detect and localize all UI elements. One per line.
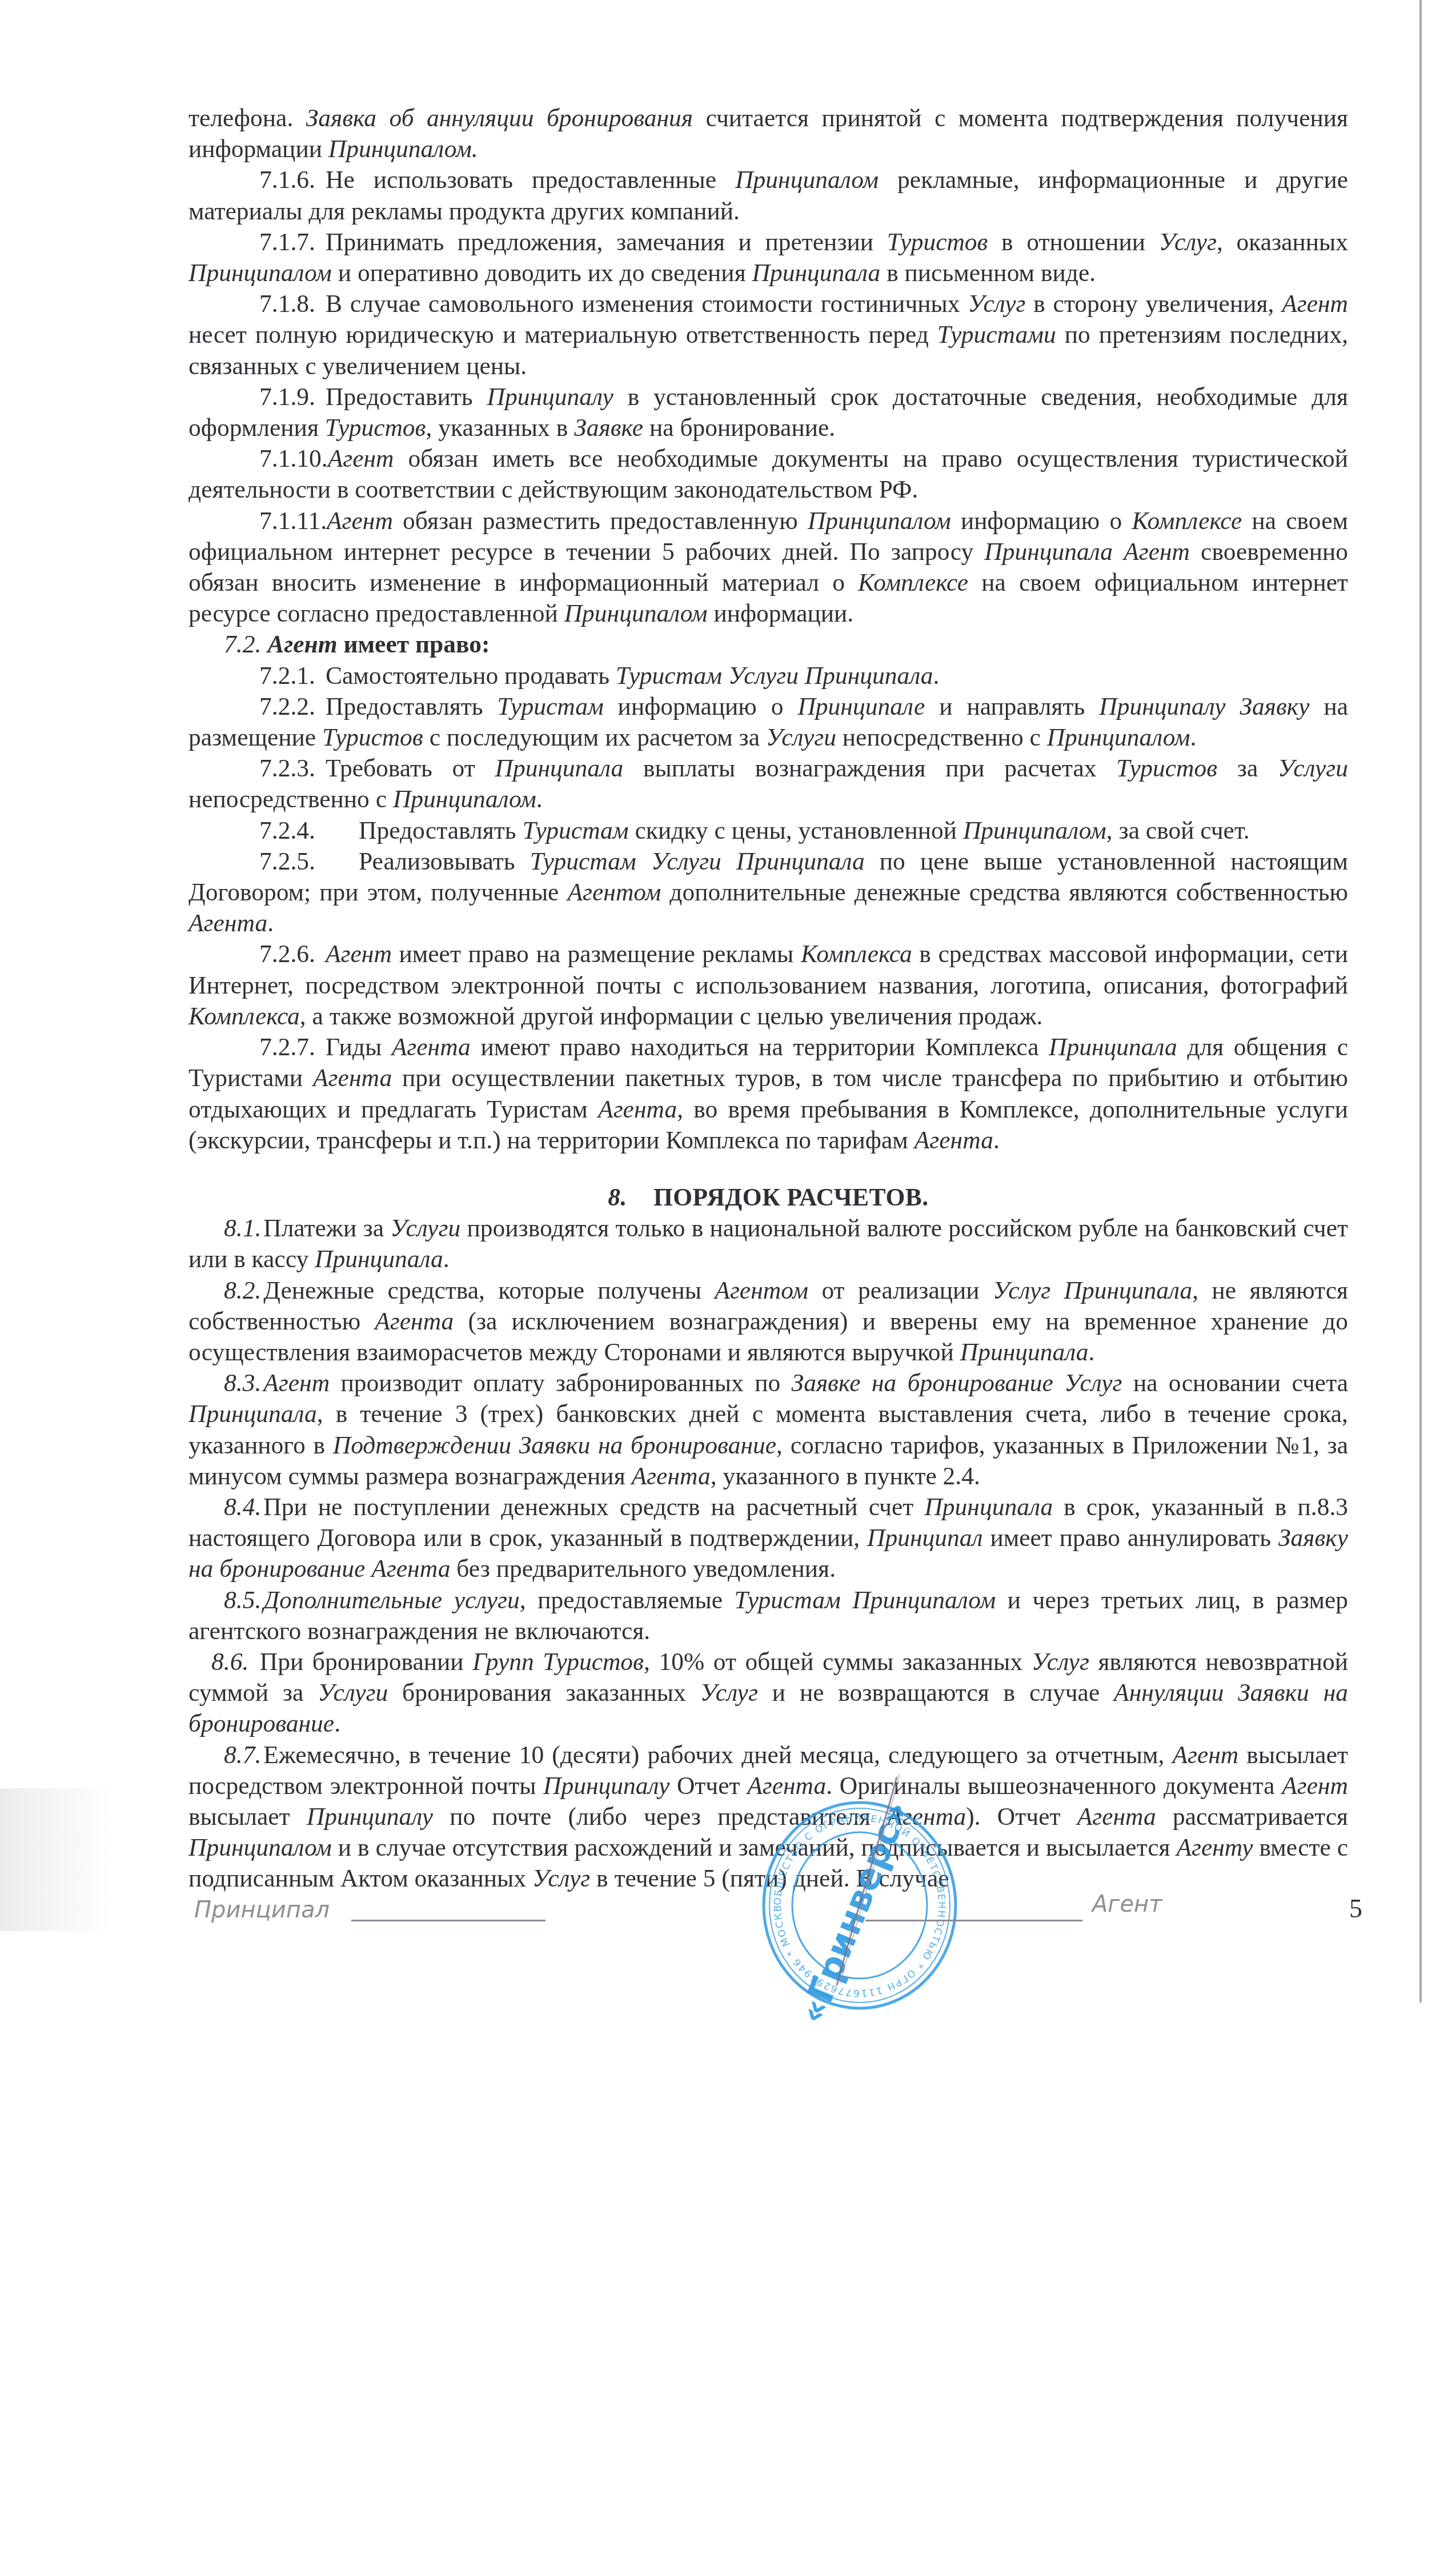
term: Туристов	[325, 414, 426, 442]
term: Туристам Услуги Принципала	[616, 662, 933, 690]
term: Принципала	[188, 1400, 317, 1428]
text: Ежемесячно, в течение 10 (десяти) рабочи…	[263, 1741, 1172, 1769]
clause-number: 7.2.6.	[224, 939, 326, 970]
text: Предоставлять	[326, 693, 498, 720]
text: обязан разместить предоставленную	[393, 507, 808, 535]
text: ). Отчет	[966, 1803, 1077, 1831]
text: непосредственно с	[836, 724, 1047, 751]
text: .	[993, 1127, 1000, 1154]
text: .	[334, 1710, 340, 1737]
term: Услуг	[1032, 1648, 1089, 1676]
text: телефона.	[188, 105, 306, 132]
text: При бронировании	[251, 1648, 472, 1676]
term: Принципалом	[1047, 724, 1190, 751]
term: Заявке	[574, 414, 643, 442]
text: без предварительного уведомления.	[450, 1555, 836, 1583]
term: Принципалом.	[328, 135, 478, 163]
text: и направлять	[925, 693, 1099, 720]
clause-number: 8.6.	[211, 1648, 248, 1676]
text: .	[933, 662, 940, 690]
clause: 7.2.4.Предоставлять Туристам скидку с це…	[188, 815, 1348, 846]
clause: 7.2.2.Предоставлять Туристам информацию …	[188, 691, 1348, 753]
text: Платежи за	[263, 1215, 390, 1242]
text: с последующим их расчетом за	[423, 724, 766, 751]
term: Принципала Агент	[984, 538, 1190, 566]
text: , 10% от общей суммы заказанных	[644, 1648, 1032, 1676]
term: Принципалом	[963, 817, 1106, 844]
scan-page-edge	[1419, 0, 1422, 2003]
text: , указанных в	[426, 414, 575, 442]
term: Дополнительные услуги	[263, 1587, 519, 1614]
section-number: 7.2.	[224, 631, 267, 658]
term: Комплекса	[188, 1003, 300, 1030]
term: Агента	[598, 1096, 677, 1123]
term: Агента	[914, 1127, 993, 1154]
term: Принципалом	[808, 507, 951, 535]
clause-number: 7.1.6.	[224, 165, 326, 195]
clause: 8.3.Агент производит оплату забронирован…	[188, 1368, 1348, 1492]
section-title: ПОРЯДОК РАСЧЕТОВ.	[653, 1184, 929, 1211]
clauses-7-1: 7.1.6.Не использовать предоставленные Пр…	[188, 165, 1348, 629]
term: Услуги	[1278, 755, 1348, 782]
term: Принципалом	[188, 259, 332, 287]
term: Услуги	[390, 1215, 460, 1242]
term: Туристам	[522, 817, 628, 844]
text: на основании счета	[1122, 1369, 1348, 1397]
term: Агенту	[1176, 1834, 1253, 1861]
term: Агента	[313, 1064, 392, 1092]
principal-signature-line	[351, 1920, 546, 1921]
text: , за свой счет.	[1106, 817, 1250, 844]
section-7-2-title: 7.2. Агент имеет право:	[188, 629, 1348, 660]
text: и оперативно доводить их до сведения	[332, 259, 752, 287]
text: Не использовать предоставленные	[326, 166, 735, 194]
intro-paragraph: телефона. Заявка об аннуляции бронирован…	[188, 103, 1348, 165]
term: Подтверждении Заявки на бронирование	[333, 1432, 776, 1459]
term: Заявка об аннуляции бронирования	[306, 105, 693, 132]
term: Туристам	[498, 693, 604, 720]
text: , а также возможной другой информации с …	[300, 1003, 1043, 1030]
text: несет полную юридическую и материальную …	[188, 321, 937, 349]
clause: 7.1.6.Не использовать предоставленные Пр…	[188, 165, 1348, 226]
clause-number: 7.1.7.	[224, 227, 326, 258]
clause-number: 7.1.11.	[224, 506, 327, 536]
term: Принципалу	[543, 1772, 669, 1800]
term: Комплексе	[858, 569, 968, 596]
clause: 7.2.7.Гиды Агента имеют право находиться…	[188, 1032, 1348, 1156]
text: информацию о	[604, 693, 798, 720]
text: При не поступлении денежных средств на р…	[263, 1493, 924, 1521]
clause: 7.2.1.Самостоятельно продавать Туристам …	[188, 660, 1348, 691]
text: , оказанных	[1217, 229, 1348, 256]
text: и в случае отсутствия расхождений и заме…	[332, 1834, 1177, 1861]
term: Агентом	[568, 879, 661, 906]
term: Принципалу Заявку	[1099, 693, 1309, 720]
term: Агент	[1282, 1772, 1348, 1800]
text: Требовать от	[326, 755, 495, 782]
clause: 7.2.3.Требовать от Принципала выплаты во…	[188, 753, 1348, 815]
term: Принципалом	[735, 166, 879, 194]
section-8-heading: 8.ПОРЯДОК РАСЧЕТОВ.	[188, 1182, 1348, 1213]
text: в письменном виде.	[880, 259, 1096, 287]
text: в сторону увеличения,	[1026, 290, 1282, 318]
term: Принципал	[867, 1524, 982, 1552]
clause: 7.2.5.Реализовывать Туристам Услуги Прин…	[188, 846, 1348, 939]
term: Принципалу	[487, 383, 613, 411]
term: Агента	[188, 910, 267, 937]
scan-shadow	[0, 1788, 114, 1931]
clause-number: 7.1.9.	[224, 382, 326, 413]
text: Отчет	[669, 1772, 747, 1800]
clause-number: 7.2.3.	[224, 753, 326, 784]
text: в отношении	[988, 229, 1159, 256]
text: Денежные средства, которые получены	[263, 1277, 715, 1304]
clause: 8.2.Денежные средства, которые получены …	[188, 1275, 1348, 1368]
term: Агента	[375, 1308, 454, 1335]
term: Комплексе	[1132, 507, 1242, 535]
agent-signature-label: Агент	[1092, 1891, 1162, 1917]
term: Агент	[267, 631, 337, 658]
text: за	[1217, 755, 1278, 782]
clause-number: 8.2.	[224, 1277, 261, 1304]
term: Туристов	[1116, 755, 1217, 782]
term: Принципалом	[564, 600, 708, 627]
term: Заявке на бронирование Услуг	[792, 1369, 1122, 1397]
term: Услуг	[532, 1865, 590, 1892]
clause-number: 7.1.8.	[224, 289, 326, 319]
clause: 7.2.6.Агент имеет право на размещение ре…	[188, 939, 1348, 1032]
clause-number: 8.1.	[224, 1215, 261, 1242]
text: информацию о	[951, 507, 1132, 535]
clause-number: 8.7.	[224, 1741, 261, 1769]
term: Агент	[327, 507, 393, 535]
clause: 8.6. При бронировании Групп Туристов, 10…	[188, 1647, 1348, 1740]
term: Принципала	[1049, 1034, 1177, 1061]
page-footer: Принципал Агент 5	[188, 1897, 1354, 1937]
term: Принципале	[797, 693, 925, 720]
term: Принципалом	[188, 1834, 332, 1861]
term: Туристам Принципалом	[735, 1587, 996, 1614]
term: Агент	[328, 445, 394, 472]
clause-number: 7.2.5.	[224, 846, 359, 877]
term: Агента	[632, 1463, 711, 1490]
text: выплаты вознаграждения при расчетах	[623, 755, 1116, 782]
term: Принципала	[495, 755, 623, 782]
text: Реализовывать	[359, 848, 530, 875]
text: на бронирование.	[643, 414, 835, 442]
text: .	[536, 786, 543, 813]
clauses-7-2: 7.2.1.Самостоятельно продавать Туристам …	[188, 660, 1348, 1156]
term: Агент	[263, 1369, 330, 1397]
text: Самостоятельно продавать	[326, 662, 616, 690]
term: Принципалу	[307, 1803, 433, 1831]
term: Принципала	[315, 1246, 443, 1273]
term: Агент	[326, 940, 392, 968]
term: Туристов	[322, 724, 423, 751]
text: .	[443, 1246, 450, 1273]
clause-number: 8.3.	[224, 1369, 261, 1397]
clause-number: 7.2.7.	[224, 1032, 326, 1063]
text: от реализации	[808, 1277, 993, 1304]
term: Туристов	[887, 229, 988, 256]
clause: 7.1.11.Агент обязан разместить предостав…	[188, 506, 1348, 630]
text: бронирования заказанных	[388, 1679, 700, 1707]
term: Агент	[1282, 290, 1348, 318]
text: Предоставить	[326, 383, 487, 411]
text: , указанного в пункте 2.4.	[711, 1463, 980, 1490]
clause: 8.1.Платежи за Услуги производятся тольк…	[188, 1213, 1348, 1275]
text: Предоставлять	[359, 817, 522, 844]
term: Услуг Принципала	[993, 1277, 1192, 1304]
clause: 7.1.7.Принимать предложения, замечания и…	[188, 227, 1348, 289]
text: Принимать предложения, замечания и прете…	[326, 229, 887, 256]
term: Принципалом	[393, 786, 536, 813]
term: Принципала	[924, 1493, 1053, 1521]
text: .	[1190, 724, 1197, 751]
text: непосредственно с	[188, 786, 393, 813]
term: Агентом	[715, 1277, 808, 1304]
term: Агента	[392, 1034, 471, 1061]
clause: 8.4.При не поступлении денежных средств …	[188, 1492, 1348, 1585]
clause-number: 7.1.10.	[224, 443, 328, 474]
text: информации.	[708, 600, 854, 627]
text: дополнительные денежные средства являютс…	[661, 879, 1348, 906]
term: Услуг	[700, 1679, 758, 1707]
term: Агента	[1077, 1803, 1156, 1831]
text: высылает	[188, 1803, 307, 1831]
text: имеет право аннулировать	[983, 1524, 1278, 1552]
text: В случае самовольного изменения стоимост…	[326, 290, 968, 318]
clause: 7.1.10.Агент обязан иметь все необходимы…	[188, 443, 1348, 505]
term: Услуги	[318, 1679, 388, 1707]
text: скидку с цены, установленной	[629, 817, 963, 844]
term: Комплекса	[801, 940, 912, 968]
section-number: 8.	[608, 1184, 627, 1211]
text: .	[267, 910, 274, 937]
text: , предоставляемые	[520, 1587, 735, 1614]
agent-signature-line	[865, 1920, 1082, 1921]
clause-number: 7.2.2.	[224, 691, 326, 722]
text: имеет право на размещение рекламы	[392, 940, 801, 968]
term: Принципала	[752, 259, 881, 287]
text: Гиды	[326, 1034, 392, 1061]
text: и не возвращаются в случае	[758, 1679, 1114, 1707]
term: Услуг	[1159, 229, 1217, 256]
section-title: имеет право:	[338, 631, 490, 658]
text: имеют право находиться на территории Ком…	[471, 1034, 1049, 1061]
term: Услуги	[766, 724, 836, 751]
clause: 7.1.9.Предоставить Принципалу в установл…	[188, 382, 1348, 443]
text: производит оплату забронированных по	[330, 1369, 792, 1397]
clause-number: 7.2.4.	[224, 815, 359, 846]
term: Туристам Услуги Принципала	[530, 848, 865, 875]
clause-number: 8.5.	[224, 1587, 261, 1614]
document-body: телефона. Заявка об аннуляции бронирован…	[188, 103, 1348, 1895]
clause: 7.1.8.В случае самовольного изменения ст…	[188, 289, 1348, 382]
term: Агент	[1172, 1741, 1238, 1769]
clause-number: 7.2.1.	[224, 660, 326, 691]
term: Групп Туристов	[472, 1648, 644, 1676]
text: рассматривается	[1156, 1803, 1348, 1831]
principal-signature-label: Принципал	[194, 1897, 330, 1923]
clause: 8.5.Дополнительные услуги, предоставляем…	[188, 1585, 1348, 1647]
term: Принципала	[960, 1339, 1089, 1366]
text: .	[1089, 1339, 1095, 1366]
clause-number: 8.4.	[224, 1493, 261, 1521]
term: Туристами	[937, 321, 1056, 349]
page-number: 5	[1349, 1893, 1362, 1924]
term: Услуг	[968, 290, 1025, 318]
